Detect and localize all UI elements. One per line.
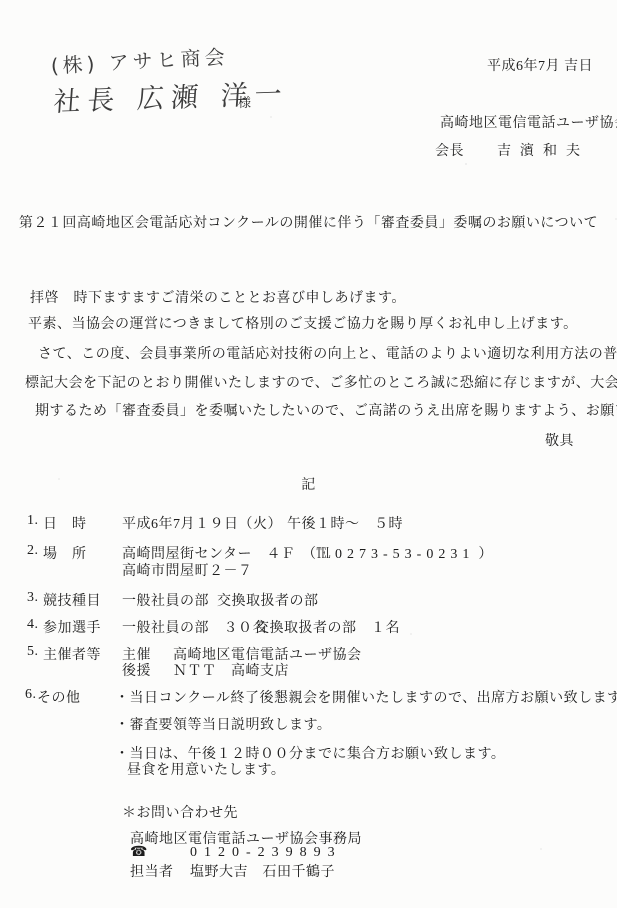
item2-label: 場 所 [43,543,87,563]
item6-bullet-1: ・当日コンクール終了後懇親会を開催いたしますので、出席方お願い致します。 [115,687,617,707]
record-marker: 記 [0,474,617,494]
item5-label: 主催者等 [43,644,101,664]
subject-title: 第２１回高崎地区会電話応対コンクールの開催に伴う「審査委員」委嘱のお願いについて [0,212,617,232]
item2-tel-number: 0273-53-0231 [335,547,474,562]
item2-tel: （℡ 0273-53-0231 ） [302,543,493,563]
item2-number: 2. [27,543,39,559]
item6-bullet-2: ・審査要領等当日説明致します。 [115,714,331,734]
body-paragraph-3-line-3: 期するため「審査委員」を委嘱いたしたいので、ご高諾のうえ出席を賜りますよう、お願… [35,400,617,420]
item3-division-2: 交換取扱者の部 [217,590,319,610]
item3-division-1: 一般社員の部 [122,590,209,610]
recipient-honorific: 様 [238,92,252,111]
item2-tel-open: （℡ [302,547,331,562]
sender-title: 会長 [435,140,464,160]
item5-number: 5. [27,644,39,660]
item4-label: 参加選手 [43,617,101,637]
item3-label: 競技種目 [43,590,101,610]
item6-bullet-3b: 昼食を用意いたします。 [127,759,285,779]
item4-count-1: 一般社員の部 ３０名 [122,617,267,637]
contact-staff-label: 担当者 [130,861,174,881]
item4-count-2: 交換取扱者の部 １名 [255,617,400,637]
recipient-name-handwritten: 社長 広瀬 洋一 [52,72,290,119]
letter-date: 平成6年7月 吉日 [487,55,593,75]
body-paragraph-3-line-2: 標記大会を下記のとおり開催いたしますので、ご多忙のところ誠に恐縮に存じますが、大… [25,372,617,392]
contact-staff-names: 塩野大吉 石田千鶴子 [190,861,335,881]
item6-number: 6. [25,687,37,703]
item1-label: 日 時 [43,513,87,533]
contact-heading: ＊お問い合わせ先 [122,802,238,822]
item4-number: 4. [27,617,39,633]
sender-name: 吉濱和夫 [497,140,589,160]
recipient-company-handwritten: (株) アサヒ商会 [50,41,229,79]
phone-icon: ☎ [130,844,148,861]
item1-date-value: 平成6年7月１９日（火） [122,513,282,533]
body-paragraph-2: 平素、当協会の運営につきまして格別のご支援ご協力を賜り厚くお礼申し上げます。 [28,313,578,333]
item5-role-2: 後援 [122,660,151,680]
item2-address: 高崎市問屋町２－７ [122,560,253,580]
item1-number: 1. [27,513,39,529]
body-paragraph-1: 拝啓 時下ますますご清栄のこととお喜び申しあげます。 [30,287,406,307]
item3-number: 3. [27,590,39,606]
body-paragraph-3-line-1: さて、この度、会員事業所の電話応対技術の向上と、電話のよりよい適切な利用方法の普… [38,343,617,363]
item5-org-2: ＮＴＴ 高崎支店 [173,660,289,680]
letter-page: (株) アサヒ商会 社長 広瀬 洋一 様 平成6年7月 吉日 高崎地区電信電話ユ… [0,0,617,908]
contact-phone-number: 0120-239893 [190,845,342,861]
closing-keigu: 敬具 [545,430,574,450]
sender-organization: 高崎地区電信電話ユーザ協会 [440,112,617,132]
item6-label: その他 [37,687,81,707]
item2-tel-close: ） [478,547,493,562]
item1-time-value: 午後１時〜 ５時 [287,513,403,533]
